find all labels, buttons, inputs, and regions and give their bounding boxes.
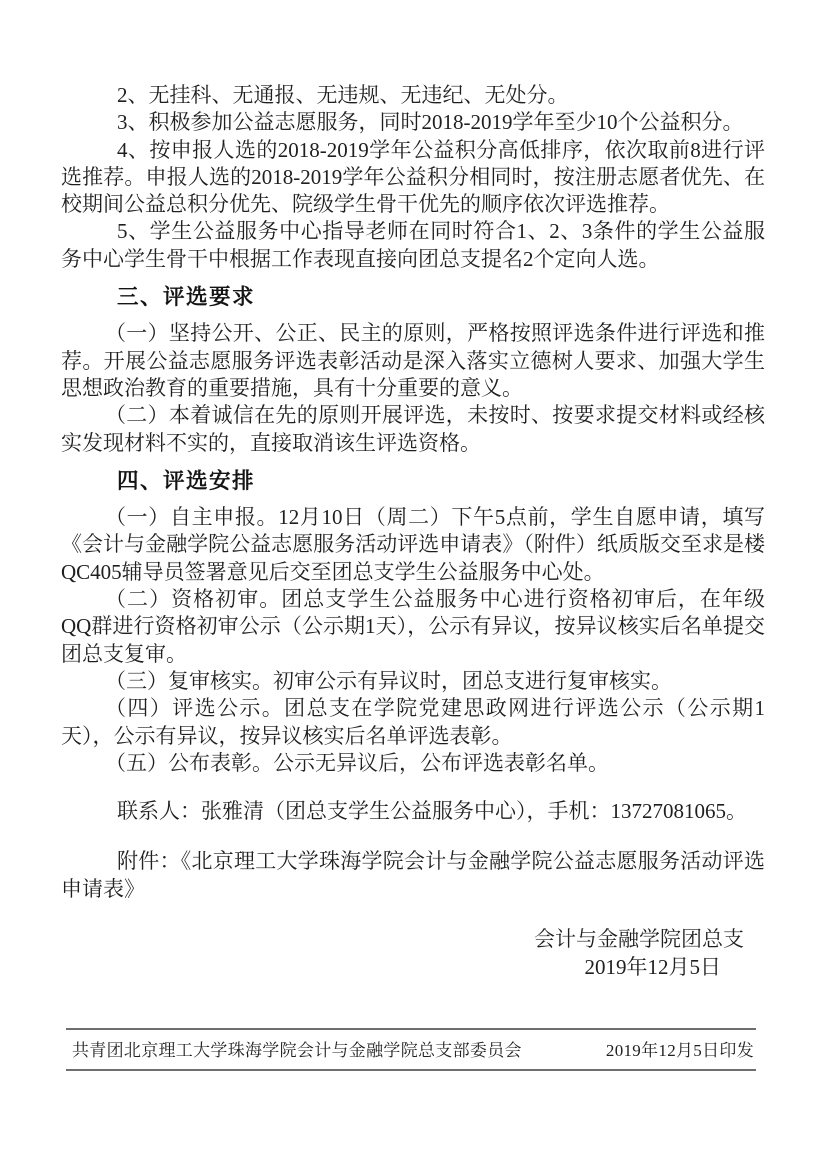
paragraph-step-5: （五）公布表彰。公示无异议后，公布评选表彰名单。: [61, 750, 765, 777]
attachment-line: 附件：《北京理工大学珠海学院会计与金融学院公益志愿服务活动评选申请表》: [61, 848, 765, 903]
section-heading-requirements: 三、评选要求: [61, 284, 765, 311]
issuance-footer: 共青团北京理工大学珠海学院会计与金融学院总支部委员会 2019年12月5日印发: [66, 1028, 756, 1071]
paragraph-step-2: （二）资格初审。团总支学生公益服务中心进行资格初审后，在年级QQ群进行资格初审公…: [61, 586, 765, 668]
signature-organization: 会计与金融学院团总支: [61, 926, 744, 954]
section-heading-arrangement: 四、评选安排: [61, 468, 765, 495]
document-body: 2、无挂科、无通报、无违规、无违纪、无处分。 3、积极参加公益志愿服务，同时20…: [61, 82, 765, 981]
paragraph-condition-4: 4、按申报人选的2018-2019学年公益积分高低排序，依次取前8进行评选推荐。…: [61, 137, 765, 219]
signature-block: 会计与金融学院团总支 2019年12月5日: [61, 926, 765, 981]
document-page: 2、无挂科、无通报、无违规、无违纪、无处分。 3、积极参加公益志愿服务，同时20…: [0, 0, 827, 1169]
paragraph-requirement-1: （一）坚持公开、公正、民主的原则，严格按照评选条件进行评选和推荐。开展公益志愿服…: [61, 320, 765, 402]
paragraph-condition-5: 5、学生公益服务中心指导老师在同时符合1、2、3条件的学生公益服务中心学生骨干中…: [61, 218, 765, 273]
footer-issue-date: 2019年12月5日印发: [606, 1036, 754, 1061]
contact-info-line: 联系人：张雅清（团总支学生公益服务中心），手机：13727081065。: [61, 798, 765, 825]
paragraph-step-1: （一）自主申报。12月10日（周二）下午5点前，学生自愿申请，填写《会计与金融学…: [61, 504, 765, 586]
footer-issuer: 共青团北京理工大学珠海学院会计与金融学院总支部委员会: [72, 1036, 522, 1061]
paragraph-condition-3: 3、积极参加公益志愿服务，同时2018-2019学年至少10个公益积分。: [61, 109, 765, 136]
signature-date: 2019年12月5日: [61, 954, 721, 982]
paragraph-condition-2: 2、无挂科、无通报、无违规、无违纪、无处分。: [61, 82, 765, 109]
paragraph-step-4: （四）评选公示。团总支在学院党建思政网进行评选公示（公示期1天），公示有异议，按…: [61, 695, 765, 750]
paragraph-requirement-2: （二）本着诚信在先的原则开展评选，未按时、按要求提交材料或经核实发现材料不实的，…: [61, 402, 765, 457]
paragraph-step-3: （三）复审核实。初审公示有异议时，团总支进行复审核实。: [61, 668, 765, 695]
